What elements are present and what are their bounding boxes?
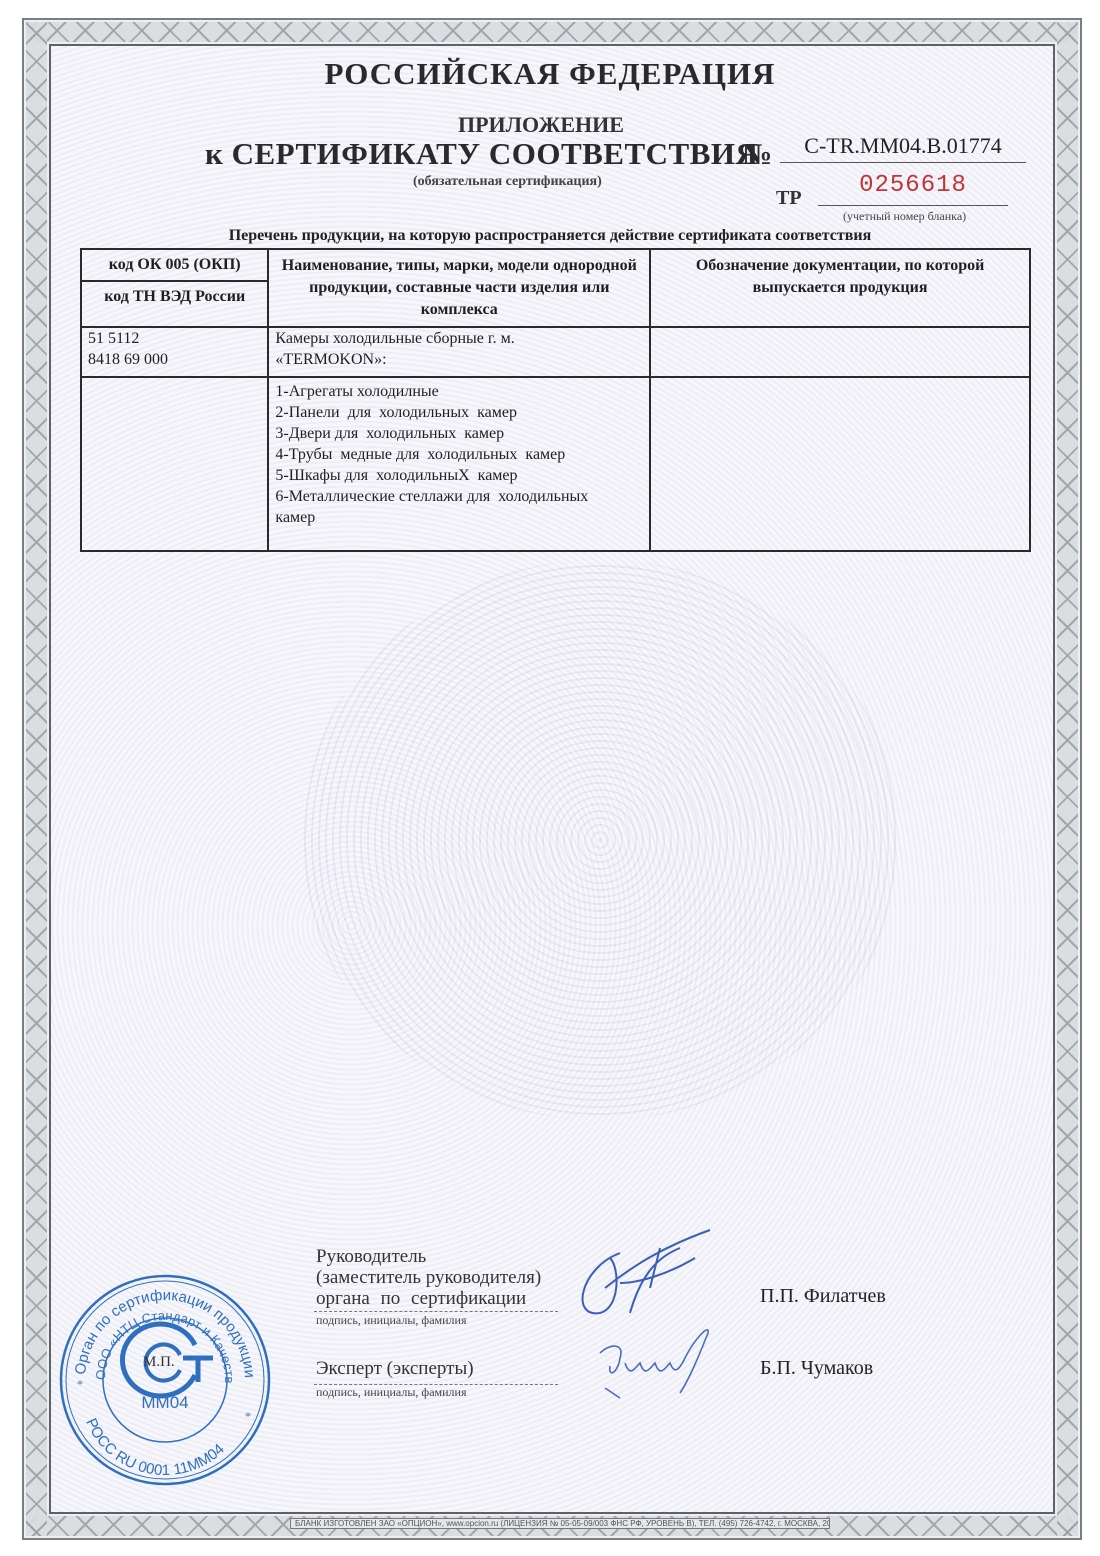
expert-signature	[590, 1318, 720, 1408]
mp-label: М.П.	[143, 1354, 175, 1370]
certificate-title: к СЕРТИФИКАТУ СООТВЕТСТВИЯ	[205, 136, 758, 172]
head-role: Руководитель (заместитель руководителя) …	[316, 1246, 541, 1309]
cell-documentation	[650, 327, 1030, 377]
component-item: 5-Шкафы для холодильныХ камер	[275, 465, 643, 486]
expert-name: Б.П. Чумаков	[760, 1357, 873, 1380]
header-code-okp: код ОК 005 (ОКП)	[81, 249, 268, 281]
certification-type: (обязательная сертификация)	[413, 174, 602, 190]
stamp-center-code: ММ04	[141, 1393, 188, 1412]
stamp-star-right: *	[245, 1409, 251, 1423]
signature-line	[314, 1311, 558, 1312]
component-item: 4-Трубы медные для холодильных камер	[275, 444, 643, 465]
table-row: 51 5112 8418 69 000 Камеры холодильные с…	[81, 327, 1030, 377]
header-code-tnved: код ТН ВЭД России	[81, 281, 268, 327]
blank-number: 0256618	[818, 172, 1008, 206]
component-item: 6-Металлические стеллажи для холодильных	[275, 486, 643, 507]
signature-caption: подпись, инициалы, фамилия	[316, 1313, 466, 1328]
head-role-line: (заместитель руководителя)	[316, 1267, 541, 1288]
cell-component-list: 1-Агрегаты холодилные 2-Панели для холод…	[268, 377, 650, 551]
product-name-line: Камеры холодильные сборные г. м.	[275, 328, 643, 349]
header-product-name: Наименование, типы, марки, модели одноро…	[268, 249, 650, 327]
stamp-star-left: *	[77, 1377, 83, 1391]
number-sign: №	[742, 138, 772, 172]
signature-caption: подпись, инициалы, фамилия	[316, 1385, 466, 1400]
component-item: 3-Двери для холодильных камер	[275, 423, 643, 444]
guilloche-border-left	[26, 22, 47, 1536]
table-header-row: код ОК 005 (ОКП) Наименование, типы, мар…	[81, 249, 1030, 281]
blank-number-caption: (учетный номер бланка)	[843, 209, 966, 224]
expert-role: Эксперт (эксперты)	[316, 1358, 474, 1380]
table-row: 1-Агрегаты холодилные 2-Панели для холод…	[81, 377, 1030, 551]
head-role-line: Руководитель	[316, 1246, 541, 1267]
product-list-heading: Перечень продукции, на которую распростр…	[0, 227, 1100, 245]
cell-codes	[81, 377, 268, 551]
component-item: 2-Панели для холодильных камер	[275, 402, 643, 423]
guilloche-border-top	[26, 22, 1078, 42]
header-documentation: Обозначение документации, по которой вып…	[650, 249, 1030, 327]
cell-codes: 51 5112 8418 69 000	[81, 327, 268, 377]
certification-stamp: Орган по сертификации продукции ООО «НТЦ…	[55, 1270, 275, 1490]
blank-print-footer: БЛАНК ИЗГОТОВЛЕН ЗАО «ОПЦИОН», www.opcio…	[290, 1518, 830, 1529]
cell-product-name: Камеры холодильные сборные г. м. «TERMOK…	[268, 327, 650, 377]
guilloche-border-right	[1057, 22, 1078, 1536]
head-signature	[560, 1228, 730, 1328]
code-tnved-value: 8418 69 000	[88, 349, 261, 370]
head-name: П.П. Филатчев	[760, 1285, 886, 1308]
component-item: камер	[275, 507, 643, 528]
country-title: РОССИЙСКАЯ ФЕДЕРАЦИЯ	[0, 56, 1100, 92]
product-name-line: «TERMOKON»:	[275, 349, 643, 370]
component-item: 1-Агрегаты холодилные	[275, 381, 643, 402]
code-okp-value: 51 5112	[88, 328, 261, 349]
tp-label: ТР	[776, 187, 802, 210]
cell-documentation	[650, 377, 1030, 551]
product-table: код ОК 005 (ОКП) Наименование, типы, мар…	[80, 248, 1031, 552]
certificate-number: C-TR.MM04.B.01774	[780, 133, 1026, 163]
stamp-bottom-text: РОСС RU 0001 11ММ04	[82, 1416, 228, 1479]
head-role-line: органа по сертификации	[316, 1288, 541, 1309]
annex-title: ПРИЛОЖЕНИЕ	[458, 112, 624, 138]
